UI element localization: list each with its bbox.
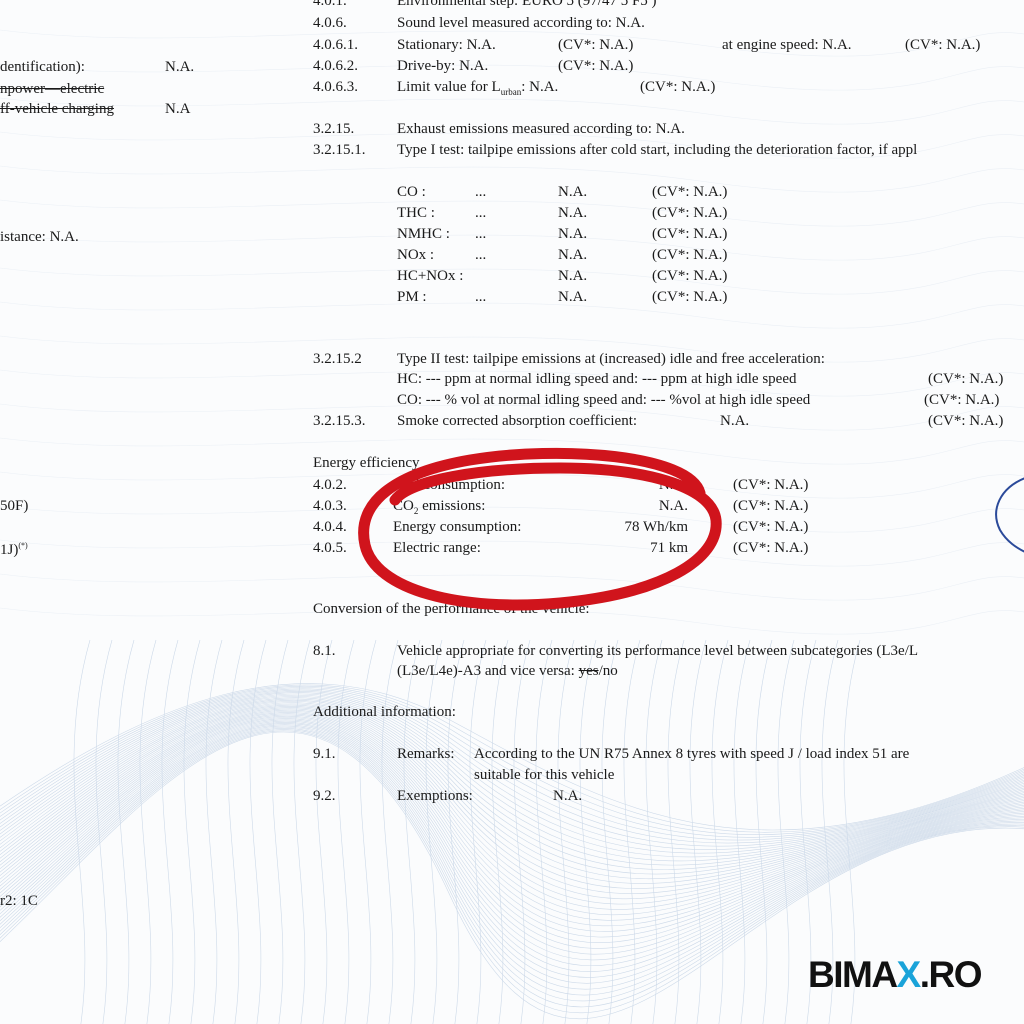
pollutant-cv: (CV*: N.A.)	[652, 267, 727, 285]
remarks-num: 9.1.	[313, 745, 336, 763]
remarks-label: Remarks:	[397, 745, 455, 763]
pollutant-value: N.A.	[558, 183, 587, 201]
driveby-cv: (CV*: N.A.)	[558, 57, 633, 75]
type2-num: 3.2.15.2	[313, 350, 362, 368]
left-value-charging: N.A	[165, 100, 190, 118]
pollutant-cv: (CV*: N.A.)	[652, 288, 727, 306]
exemptions-value: N.A.	[553, 787, 582, 805]
exhaust-text: Exhaust emissions measured according to:…	[397, 120, 685, 138]
pollutant-cv: (CV*: N.A.)	[652, 204, 727, 222]
left-line-1c: r2: 1C	[0, 892, 38, 910]
energy-row-value: 78 Wh/km	[625, 518, 688, 536]
pollutant-dots: ...	[475, 288, 486, 306]
smoke-cv: (CV*: N.A.)	[928, 412, 1003, 430]
pollutant-dots: ...	[475, 183, 486, 201]
engine-speed-cv: (CV*: N.A.)	[905, 36, 980, 54]
energy-heading: Energy efficiency	[313, 454, 419, 472]
sound-text: Sound level measured according to: N.A.	[397, 14, 645, 32]
pollutant-name: HC+NOx :	[397, 267, 463, 285]
env-text: Environmental step: EURO 5 (97/47 5 F5 )	[397, 0, 657, 10]
stationary-num: 4.0.6.1.	[313, 36, 358, 54]
energy-row-cv: (CV*: N.A.)	[733, 539, 808, 557]
bimax-logo: BIMAX.RO	[808, 955, 981, 995]
energy-row-num: 4.0.2.	[313, 476, 347, 494]
type1-num: 3.2.15.1.	[313, 141, 366, 159]
exemptions-label: Exemptions:	[397, 787, 473, 805]
remarks-line2: suitable for this vehicle	[474, 766, 614, 784]
pollutant-cv: (CV*: N.A.)	[652, 183, 727, 201]
pollutant-dots: ...	[475, 204, 486, 222]
type2-co-cv: (CV*: N.A.)	[924, 391, 999, 409]
smoke-value: N.A.	[720, 412, 749, 430]
limit-label: Limit value for Lurban: N.A.	[397, 78, 558, 101]
energy-row-cv: (CV*: N.A.)	[733, 476, 808, 494]
conversion-heading: Conversion of the performance of the veh…	[313, 600, 590, 618]
left-line-power: npower—electric	[0, 80, 104, 98]
conversion-line1: Vehicle appropriate for converting its p…	[397, 642, 918, 660]
energy-row-value: N.A.	[659, 497, 688, 515]
stationary-label: Stationary: N.A.	[397, 36, 496, 54]
env-num: 4.0.1.	[313, 0, 347, 10]
type2-text: Type II test: tailpipe emissions at (inc…	[397, 350, 825, 368]
energy-row-value: N.A.	[659, 476, 688, 494]
pollutant-cv: (CV*: N.A.)	[652, 246, 727, 264]
energy-row-label: Fuel consumption:	[393, 476, 505, 494]
smoke-text: Smoke corrected absorption coefficient:	[397, 412, 637, 430]
sound-num: 4.0.6.	[313, 14, 347, 32]
driveby-label: Drive-by: N.A.	[397, 57, 488, 75]
energy-row-num: 4.0.4.	[313, 518, 347, 536]
limit-num: 4.0.6.3.	[313, 78, 358, 96]
left-line-1j: 1J)(*)	[0, 537, 28, 559]
limit-cv: (CV*: N.A.)	[640, 78, 715, 96]
pollutant-value: N.A.	[558, 288, 587, 306]
pollutant-value: N.A.	[558, 204, 587, 222]
pollutant-dots: ...	[475, 246, 486, 264]
type1-text: Type I test: tailpipe emissions after co…	[397, 141, 917, 159]
type2-hc: HC: --- ppm at normal idling speed and: …	[397, 370, 797, 388]
driveby-num: 4.0.6.2.	[313, 57, 358, 75]
energy-row-num: 4.0.3.	[313, 497, 347, 515]
left-value-identification: N.A.	[165, 58, 194, 76]
energy-row-cv: (CV*: N.A.)	[733, 518, 808, 536]
conversion-num: 8.1.	[313, 642, 336, 660]
energy-row-label: Electric range:	[393, 539, 481, 557]
energy-row-num: 4.0.5.	[313, 539, 347, 557]
conversion-line2: (L3e/L4e)-A3 and vice versa: yes/no	[397, 662, 618, 680]
energy-row-cv: (CV*: N.A.)	[733, 497, 808, 515]
left-line-50f: 50F)	[0, 497, 28, 515]
engine-speed-label: at engine speed: N.A.	[722, 36, 852, 54]
stamp-icon	[985, 470, 1024, 560]
left-line-distance: istance: N.A.	[0, 228, 79, 246]
energy-row-value: 71 km	[650, 539, 688, 557]
pollutant-name: CO :	[397, 183, 426, 201]
left-line-charging: ff-vehicle charging	[0, 100, 114, 118]
pollutant-cv: (CV*: N.A.)	[652, 225, 727, 243]
pollutant-name: THC :	[397, 204, 435, 222]
pollutant-name: NMHC :	[397, 225, 450, 243]
stationary-cv: (CV*: N.A.)	[558, 36, 633, 54]
pollutant-dots: ...	[475, 225, 486, 243]
energy-row-label: CO2 emissions:	[393, 497, 485, 520]
type2-hc-cv: (CV*: N.A.)	[928, 370, 1003, 388]
pollutant-value: N.A.	[558, 267, 587, 285]
additional-heading: Additional information:	[313, 703, 456, 721]
pollutant-value: N.A.	[558, 225, 587, 243]
left-line-identification: dentification):	[0, 58, 85, 76]
energy-row-label: Energy consumption:	[393, 518, 521, 536]
type2-co: CO: --- % vol at normal idling speed and…	[397, 391, 810, 409]
pollutant-name: PM :	[397, 288, 427, 306]
pollutant-value: N.A.	[558, 246, 587, 264]
exhaust-num: 3.2.15.	[313, 120, 354, 138]
pollutant-name: NOx :	[397, 246, 434, 264]
remarks-line1: According to the UN R75 Annex 8 tyres wi…	[474, 745, 909, 763]
smoke-num: 3.2.15.3.	[313, 412, 366, 430]
exemptions-num: 9.2.	[313, 787, 336, 805]
